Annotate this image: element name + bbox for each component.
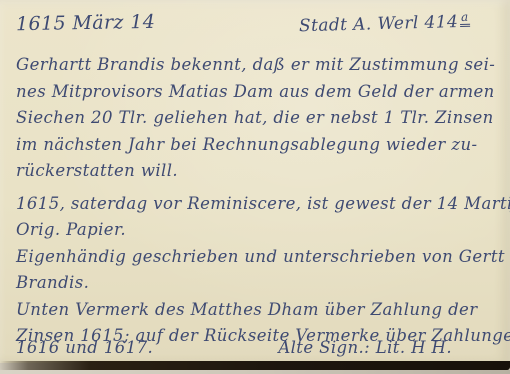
archive-reference-text: Stadt A. Werl 414 <box>299 12 459 36</box>
card-bottom-edge-shadow <box>0 361 510 370</box>
handwritten-line: Orig. Papier. <box>16 217 498 244</box>
archive-reference: Stadt A. Werl 414a <box>299 10 470 36</box>
handwritten-line: Siechen 20 Tlr. geliehen hat, die er neb… <box>16 105 498 132</box>
handwritten-line: Eigenhändig geschrieben und unterschrieb… <box>16 244 498 271</box>
handwritten-line: Unten Vermerk des Matthes Dham über Zahl… <box>16 297 498 324</box>
handwritten-line: Brandis. <box>16 270 498 297</box>
handwritten-line: rückerstatten will. <box>16 158 498 185</box>
handwritten-line: nes Mitprovisors Matias Dam aus dem Geld… <box>16 79 498 106</box>
handwritten-line: im nächsten Jahr bei Rechnungsablegung w… <box>16 132 498 159</box>
handwritten-line: Gerhartt Brandis bekennt, daß er mit Zus… <box>16 52 498 79</box>
old-signature-note: Alte Sign.: Lit. H H. <box>278 338 452 357</box>
index-card-paper: 1615 März 14 Stadt A. Werl 414a Gerhartt… <box>0 0 510 363</box>
handwritten-line: 1615, saterdag vor Reminiscere, ist gewe… <box>16 191 498 218</box>
card-header: 1615 März 14 Stadt A. Werl 414a <box>16 12 496 34</box>
archive-reference-superscript: a <box>460 10 470 27</box>
date-heading: 1615 März 14 <box>16 11 156 35</box>
body-text: Gerhartt Brandis bekennt, daß er mit Zus… <box>16 52 498 350</box>
footer-years: 1616 und 1617. <box>16 338 153 357</box>
scanner-background-strip <box>0 370 510 374</box>
scanned-archive-card: 1615 März 14 Stadt A. Werl 414a Gerhartt… <box>0 0 510 374</box>
card-footer: 1616 und 1617. Alte Sign.: Lit. H H. <box>16 338 488 357</box>
